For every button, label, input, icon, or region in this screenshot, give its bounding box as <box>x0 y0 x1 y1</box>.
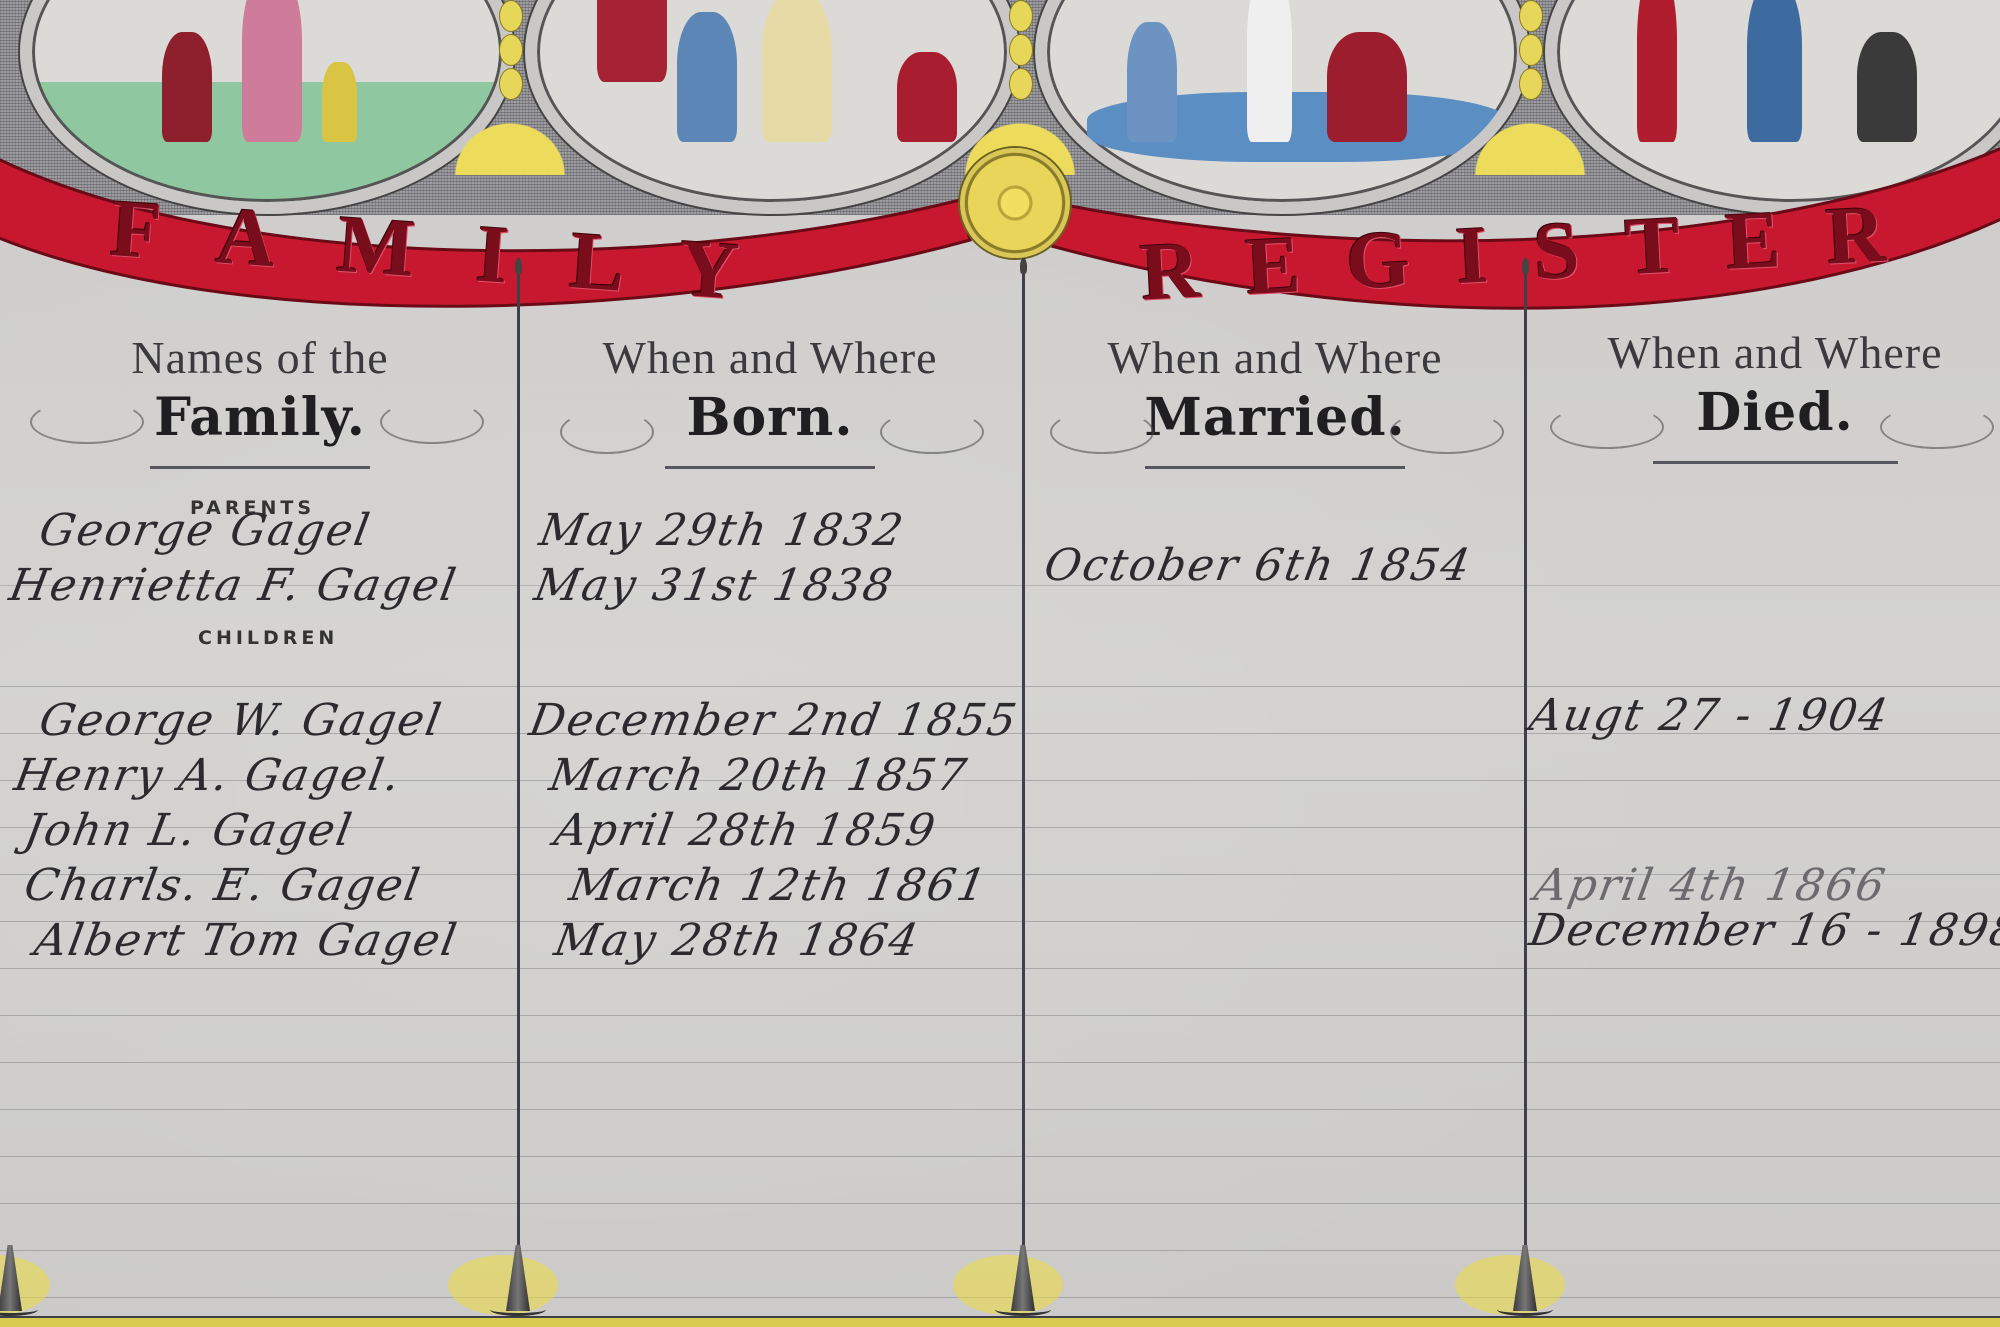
child-name: Henry A. Gagel. <box>11 750 406 801</box>
parent-name: Henrietta F. Gagel <box>6 560 462 611</box>
tassel-ornament <box>1495 1235 1555 1320</box>
header-rule <box>1145 466 1405 469</box>
header-rule <box>150 466 370 469</box>
bottom-border <box>0 1316 2000 1327</box>
child-born-date: March 12th 1861 <box>566 860 992 911</box>
column-caption-small: Names of the <box>40 335 480 381</box>
tassel-ornament <box>0 1235 40 1320</box>
ornament-column <box>985 0 1055 150</box>
child-born-date: April 28th 1859 <box>551 805 941 856</box>
column-caption-small: When and Where <box>1550 330 2000 376</box>
child-name: Charls. E. Gagel <box>21 860 426 911</box>
ornament-column <box>475 0 545 150</box>
column-divider <box>517 258 520 1308</box>
child-born-date: May 28th 1864 <box>551 915 924 966</box>
child-name: George W. Gagel <box>36 695 447 746</box>
child-name: John L. Gagel <box>21 805 358 856</box>
column-caption-small: When and Where <box>1050 335 1500 381</box>
parent-born-date: May 31st 1838 <box>531 560 898 611</box>
flourish-swirl <box>1880 405 1994 449</box>
flourish-swirl <box>880 410 984 454</box>
child-died-date: Augt 27 - 1904 <box>1526 690 1894 741</box>
column-caption-small: When and Where <box>545 335 995 381</box>
header-rule <box>1653 461 1898 464</box>
family-register-page: FAMILY REGISTER Names of the Family. Whe… <box>0 0 2000 1327</box>
parent-born-date: May 29th 1832 <box>536 505 909 556</box>
flourish-swirl <box>1390 410 1504 454</box>
flourish-swirl <box>1550 405 1664 449</box>
children-label: CHILDREN <box>198 627 338 649</box>
ornament-column <box>1495 0 1565 150</box>
rosette-ornament <box>960 148 1070 258</box>
child-name: Albert Tom Gagel <box>31 915 463 966</box>
child-died-date: April 4th 1866 <box>1531 860 1891 911</box>
flourish-swirl <box>560 410 654 454</box>
header-rule <box>665 466 875 469</box>
flourish-swirl <box>30 400 144 444</box>
flourish-swirl <box>1050 410 1154 454</box>
tassel-ornament <box>993 1235 1053 1320</box>
tassel-ornament <box>488 1235 548 1320</box>
parent-name: George Gagel <box>36 505 376 556</box>
column-divider <box>1022 258 1025 1308</box>
parent-married-date: October 6th 1854 <box>1041 540 1476 591</box>
child-died-date: December 16 - 1898. d <box>1526 905 2000 956</box>
flourish-swirl <box>380 400 484 444</box>
child-born-date: December 2nd 1855 <box>526 695 1022 746</box>
column-divider <box>1524 258 1527 1308</box>
child-born-date: March 20th 1857 <box>546 750 972 801</box>
